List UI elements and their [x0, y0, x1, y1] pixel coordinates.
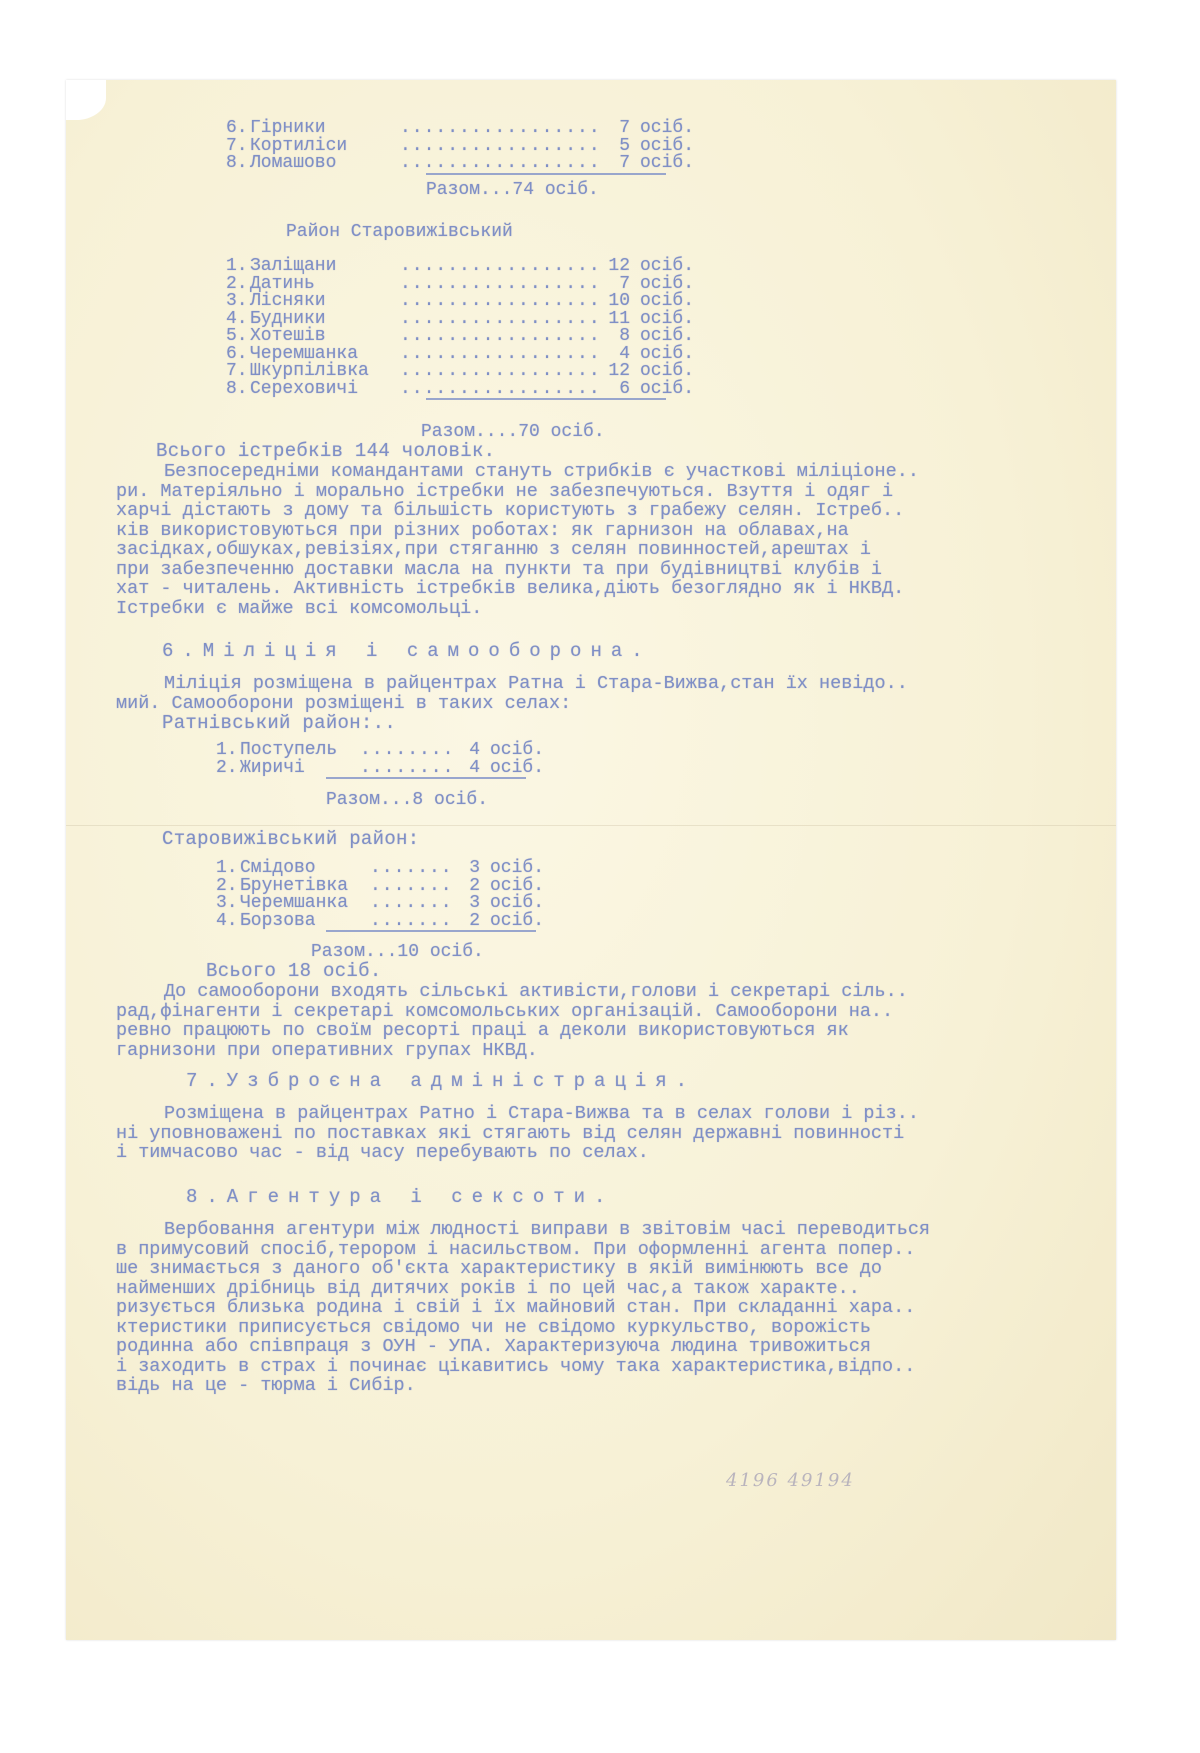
text-line: ні уповноважені по поставках які стягают… [116, 1124, 1116, 1144]
list-item-leader-dots: ........................................ [400, 258, 600, 276]
total-starovyzhiv: Разом...10 осіб. [311, 942, 484, 962]
list-item: 4.Борзова...............................… [216, 913, 544, 931]
text-line: гарнизони при оперативних групах НКВД. [116, 1041, 1116, 1061]
text-line: ктеристики приписується свідомо чи не св… [116, 1318, 1116, 1338]
list-item: 7.Шкурпілівка...........................… [226, 363, 694, 381]
list-item-number: 1. [216, 860, 240, 878]
list-item-village: Хотешів [250, 328, 400, 346]
list-item-unit: осіб. [640, 293, 694, 311]
fold-crease [66, 825, 1116, 826]
text-line: ризується близька родина і свій і їх май… [116, 1298, 1116, 1318]
list-item-number: 1. [216, 742, 240, 760]
list-item-unit: осіб. [640, 328, 694, 346]
text-line: найменших дрібниць від дитячих років і п… [116, 1279, 1116, 1299]
list-item-count: 10 [600, 293, 630, 311]
total-top: Разом...74 осіб. [426, 180, 599, 200]
text-line: ревно працюють по своїм ресорті праці а … [116, 1021, 1116, 1041]
list-item-leader-dots: ........................................ [360, 760, 450, 778]
list-item-leader-dots: ........................................ [360, 742, 450, 760]
list-item-village: Гірники [250, 120, 400, 138]
list-item-unit: осіб. [490, 742, 544, 760]
list-item-village: Сереховичі [250, 381, 400, 399]
text-line: До самооборони входять сільські активіст… [116, 982, 1116, 1002]
text-line: і заходить в страх і починає цікавитись … [116, 1357, 1116, 1377]
list-item-leader-dots: ........................................ [400, 293, 600, 311]
document-page: 6.Гірники...............................… [66, 80, 1116, 1640]
list-item-village: Жиричі [240, 760, 360, 778]
list-item-leader-dots: ........................................ [370, 913, 450, 931]
list-item-leader-dots: ........................................ [370, 895, 450, 913]
list-item-count: 3 [450, 860, 480, 878]
list-item-unit: осіб. [490, 895, 544, 913]
section-6-heading: 6.Міліція і самооборона. [162, 640, 652, 662]
list-item-count: 4 [450, 742, 480, 760]
paragraph-istrebki: Безпосередніми командантами стануть стри… [116, 462, 1116, 618]
summary-istrebki: Всього істребків 144 чоловік. [156, 442, 495, 462]
section-7-paragraph: Розміщена в райцентрах Ратно і Стара-Виж… [116, 1104, 1116, 1163]
list-item: 1.Смідово...............................… [216, 860, 544, 878]
text-line: Міліція розміщена в райцентрах Ратна і С… [116, 674, 1116, 694]
list-item-village: Поступель [240, 742, 360, 760]
list-item-count: 2 [450, 913, 480, 931]
list-item-count: 8 [600, 328, 630, 346]
text-line: і тимчасово час - від часу перебувають п… [116, 1143, 1116, 1163]
list-item-unit: осіб. [640, 120, 694, 138]
text-line: Розміщена в райцентрах Ратно і Стара-Виж… [116, 1104, 1116, 1124]
section-7-heading: 7.Узброєна адміністрація. [186, 1070, 696, 1092]
list-item-count: 6 [600, 381, 630, 399]
list-item-village: Черемшанка [240, 895, 370, 913]
text-line: харчі дістають з дому та більшість корис… [116, 501, 1116, 521]
summary-samooborona: Всього 18 осіб. [206, 962, 382, 982]
list-item-number: 8. [226, 381, 250, 399]
list-item-leader-dots: ........................................ [400, 346, 600, 364]
list-ratne: 1.Поступель.............................… [216, 742, 544, 779]
text-line: Істребки є майже всі комсомольці. [116, 599, 1116, 619]
text-line: ків використовуються при різних роботах:… [116, 521, 1116, 541]
list-item-village: Шкурпілівка [250, 363, 400, 381]
list-item-leader-dots: ........................................ [400, 381, 600, 399]
text-line: в примусовий спосіб,терором і насильство… [116, 1240, 1116, 1260]
text-line: Вербовання агентури між людності виправи… [116, 1220, 1116, 1240]
list-item-count: 4 [450, 760, 480, 778]
section-8-paragraph: Вербовання агентури між людності виправи… [116, 1220, 1116, 1396]
text-line: рад,фінагенти і секретарі комсомольських… [116, 1002, 1116, 1022]
list-item: 8.Сереховичі............................… [226, 381, 694, 399]
section-6-paragraph: Міліція розміщена в райцентрах Ратна і С… [116, 674, 1116, 713]
list-item-unit: осіб. [490, 913, 544, 931]
list-item-count: 7 [600, 120, 630, 138]
torn-corner [66, 80, 106, 120]
list-item-village: Смідово [240, 860, 370, 878]
list-starovyzhiv: 1.Смідово...............................… [216, 860, 544, 932]
list-item-leader-dots: ........................................ [400, 120, 600, 138]
text-line: ше знимається з даного об'єкта характери… [116, 1259, 1116, 1279]
list-item-village: Ломашово [250, 155, 400, 173]
text-line: ри. Матеріяльно і морально істребки не з… [116, 482, 1116, 502]
list-item-unit: осіб. [640, 155, 694, 173]
list-item-leader-dots: ........................................ [400, 138, 600, 156]
text-line: мий. Самооборони розміщені в таких селах… [116, 694, 1116, 714]
list-item-count: 12 [600, 363, 630, 381]
list-item: 3.Черемшанка............................… [216, 895, 544, 913]
list-district-2: 1.Заліщани..............................… [226, 258, 694, 400]
section-6-paragraph-2: До самооборони входять сільські активіст… [116, 982, 1116, 1060]
list-item-unit: осіб. [640, 363, 694, 381]
section-8-heading: 8.Агентура і сексоти. [186, 1186, 614, 1208]
list-top: 6.Гірники...............................… [226, 120, 694, 175]
list-item-count: 7 [600, 155, 630, 173]
list-item-number: 6. [226, 120, 250, 138]
list-item-number: 1. [226, 258, 250, 276]
total-district-2: Разом....70 осіб. [421, 422, 605, 442]
list-item-leader-dots: ........................................ [400, 276, 600, 294]
list-item-number: 7. [226, 363, 250, 381]
text-line: хат - читалень. Активність істребків вел… [116, 579, 1116, 599]
list-item: 1.Поступель.............................… [216, 742, 544, 760]
list-item: 2.Жиричі................................… [216, 760, 544, 778]
list-item: 1.Заліщани..............................… [226, 258, 694, 276]
list-item-number: 8. [226, 155, 250, 173]
list-item-count: 12 [600, 258, 630, 276]
list-item: 6.Гірники...............................… [226, 120, 694, 138]
list-item: 3.Лісняки...............................… [226, 293, 694, 311]
text-line: родинна або співпраця з ОУН - УПА. Харак… [116, 1337, 1116, 1357]
district-title-2: Район Старовижівський [286, 222, 513, 242]
list-item-unit: осіб. [490, 760, 544, 778]
list-item: 8.Ломашово..............................… [226, 155, 694, 173]
archive-stamp: 4196 49194 [726, 1470, 855, 1491]
text-line: Безпосередніми командантами стануть стри… [116, 462, 1116, 482]
district-title-ratne: Ратнівський район:.. [162, 714, 396, 734]
list-item-number: 5. [226, 328, 250, 346]
text-line: при забезпеченню доставки масла на пункт… [116, 560, 1116, 580]
district-title-starovyzhiv: Старовижівський район: [162, 830, 419, 850]
text-line: засідках,обшуках,ревізіях,при стяганню з… [116, 540, 1116, 560]
list-item-number: 3. [216, 895, 240, 913]
list-item-unit: осіб. [640, 381, 694, 399]
list-item-leader-dots: ........................................ [370, 878, 450, 896]
list-item-number: 4. [216, 913, 240, 931]
list-item-count: 3 [450, 895, 480, 913]
list-item-leader-dots: ........................................ [400, 155, 600, 173]
list-item-village: Заліщани [250, 258, 400, 276]
list-item: 5.Хотешів...............................… [226, 328, 694, 346]
list-item-unit: осіб. [490, 860, 544, 878]
total-ratne: Разом...8 осіб. [326, 790, 488, 810]
list-item-number: 3. [226, 293, 250, 311]
list-item-leader-dots: ........................................ [370, 860, 450, 878]
list-item-village: Лісняки [250, 293, 400, 311]
list-item-leader-dots: ........................................ [400, 311, 600, 329]
list-item-unit: осіб. [640, 258, 694, 276]
list-item-leader-dots: ........................................ [400, 363, 600, 381]
list-item-village: Борзова [240, 913, 370, 931]
list-item-leader-dots: ........................................ [400, 328, 600, 346]
list-item-number: 2. [216, 760, 240, 778]
text-line: відь на це - тюрма і Сибір. [116, 1376, 1116, 1396]
